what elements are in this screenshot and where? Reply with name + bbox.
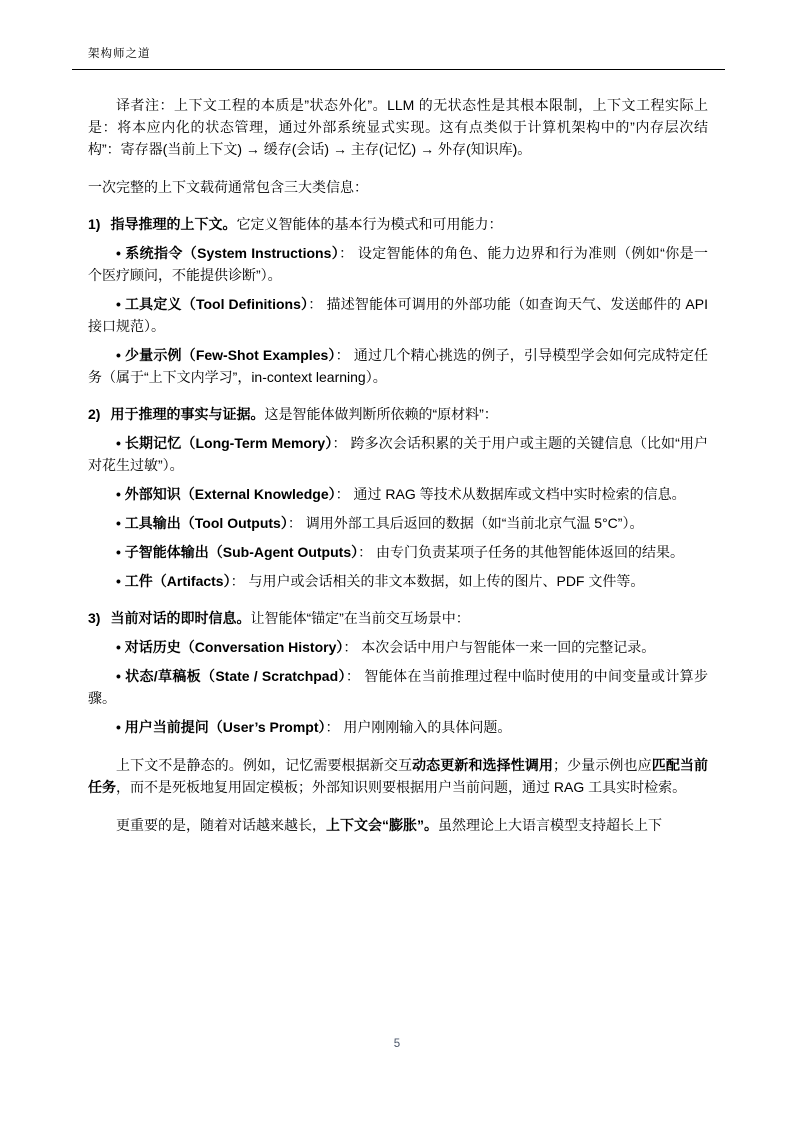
list-item: • 工具定义（Tool Definitions）： 描述智能体可调用的外部功能（… [88,293,708,337]
bold-text-run: 指导推理的上下文。 [110,216,236,232]
bold-text-run: 状态/草稿板（State / Scratchpad） [125,668,346,684]
list-item: • 状态/草稿板（State / Scratchpad）： 智能体在当前推理过程… [88,665,708,709]
document-body: 译者注：上下文工程的本质是”状态外化”。LLM 的无状态性是其根本限制，上下文工… [88,94,708,836]
bullet-icon: • [116,486,125,502]
bold-text-run: 当前对话的即时信息。 [110,610,250,626]
text-run: 更重要的是，随着对话越来越长， [116,817,326,833]
list-item: • 用户当前提问（User’s Prompt）： 用户刚刚输入的具体问题。 [88,716,708,738]
list-item: • 工件（Artifacts）： 与用户或会话相关的非文本数据，如上传的图片、P… [88,570,708,592]
paragraph: 更重要的是，随着对话越来越长，上下文会“膨胀”。虽然理论上大语言模型支持超长上下 [88,814,708,836]
text-run: 上下文不是静态的。例如，记忆需要根据新交互 [116,757,412,773]
bullet-icon: • [116,544,125,560]
text-run: 译者注：上下文工程的本质是”状态外化”。LLM 的无状态性是其根本限制，上下文工… [88,97,708,157]
bold-text-run: 系统指令（System Instructions） [125,245,339,261]
page-footer: 5 [0,1038,794,1050]
text-run: 让智能体“锚定”在当前交互场景中： [250,610,469,626]
text-run: ： 与用户或会话相关的非文本数据，如上传的图片、PDF 文件等。 [231,573,645,589]
bold-text-run: 对话历史（Conversation History） [125,639,344,655]
list-item: • 工具输出（Tool Outputs）： 调用外部工具后返回的数据（如“当前北… [88,512,708,534]
bold-text-run: 外部知识（External Knowledge） [125,486,336,502]
text-run: ，而不是死板地复用固定模板；外部知识则要根据用户当前问题，通过 RAG 工具实时… [116,779,686,795]
document-page: 架构师之道 译者注：上下文工程的本质是”状态外化”。LLM 的无状态性是其根本限… [0,0,794,1123]
text-run: ： 由专门负责某项子任务的其他智能体返回的结果。 [358,544,684,560]
bold-text-run: 动态更新和选择性调用 [412,757,553,773]
numbered-item: 1)指导推理的上下文。它定义智能体的基本行为模式和可用能力： [88,213,708,235]
bold-text-run: 工具定义（Tool Definitions） [125,296,308,312]
bullet-icon: • [116,668,125,684]
paragraph: 译者注：上下文工程的本质是”状态外化”。LLM 的无状态性是其根本限制，上下文工… [88,94,708,160]
bullet-icon: • [116,639,125,655]
bullet-icon: • [116,296,125,312]
bullet-icon: • [116,435,125,451]
numbered-item: 3)当前对话的即时信息。让智能体“锚定”在当前交互场景中： [88,607,708,629]
list-number: 2) [88,406,100,422]
bold-text-run: 长期记忆（Long-Term Memory） [125,435,333,451]
list-item: • 少量示例（Few-Shot Examples）： 通过几个精心挑选的例子，引… [88,344,708,388]
bold-text-run: 工件（Artifacts） [125,573,231,589]
page-number: 5 [394,1038,400,1050]
bold-text-run: 用户当前提问（User’s Prompt） [125,719,326,735]
text-run: ；少量示例也应 [553,757,652,773]
page-header: 架构师之道 [72,44,725,70]
bold-text-run: 子智能体输出（Sub-Agent Outputs） [125,544,358,560]
text-run: ： 通过 RAG 等技术从数据库或文档中实时检索的信息。 [336,486,686,502]
bullet-icon: • [116,347,125,363]
list-item: • 子智能体输出（Sub-Agent Outputs）： 由专门负责某项子任务的… [88,541,708,563]
bullet-icon: • [116,245,125,261]
text-run: 这是智能体做判断所依赖的“原材料”： [264,406,497,422]
list-number: 3) [88,610,100,626]
list-number: 1) [88,216,100,232]
list-item: • 外部知识（External Knowledge）： 通过 RAG 等技术从数… [88,483,708,505]
list-item: • 系统指令（System Instructions）： 设定智能体的角色、能力… [88,242,708,286]
text-run: 一次完整的上下文载荷通常包含三大类信息： [88,179,368,195]
bold-text-run: 上下文会“膨胀”。 [326,817,438,833]
bold-text-run: 工具输出（Tool Outputs） [125,515,288,531]
bullet-icon: • [116,719,125,735]
bullet-icon: • [116,515,125,531]
list-item: • 对话历史（Conversation History）： 本次会话中用户与智能… [88,636,708,658]
numbered-item: 2)用于推理的事实与证据。这是智能体做判断所依赖的“原材料”： [88,403,708,425]
bold-text-run: 少量示例（Few-Shot Examples） [125,347,336,363]
bullet-icon: • [116,573,125,589]
paragraph: 上下文不是静态的。例如，记忆需要根据新交互动态更新和选择性调用；少量示例也应匹配… [88,754,708,798]
text-run: ： 本次会话中用户与智能体一来一回的完整记录。 [343,639,655,655]
text-run: ： 调用外部工具后返回的数据（如“当前北京气温 5°C”）。 [288,515,644,531]
bold-text-run: 用于推理的事实与证据。 [110,406,264,422]
header-title: 架构师之道 [88,48,151,60]
text-run: 它定义智能体的基本行为模式和可用能力： [236,216,502,232]
list-item: • 长期记忆（Long-Term Memory）： 跨多次会话积累的关于用户或主… [88,432,708,476]
paragraph: 一次完整的上下文载荷通常包含三大类信息： [88,176,708,198]
text-run: 虽然理论上大语言模型支持超长上下 [438,817,662,833]
text-run: ： 用户刚刚输入的具体问题。 [326,719,512,735]
